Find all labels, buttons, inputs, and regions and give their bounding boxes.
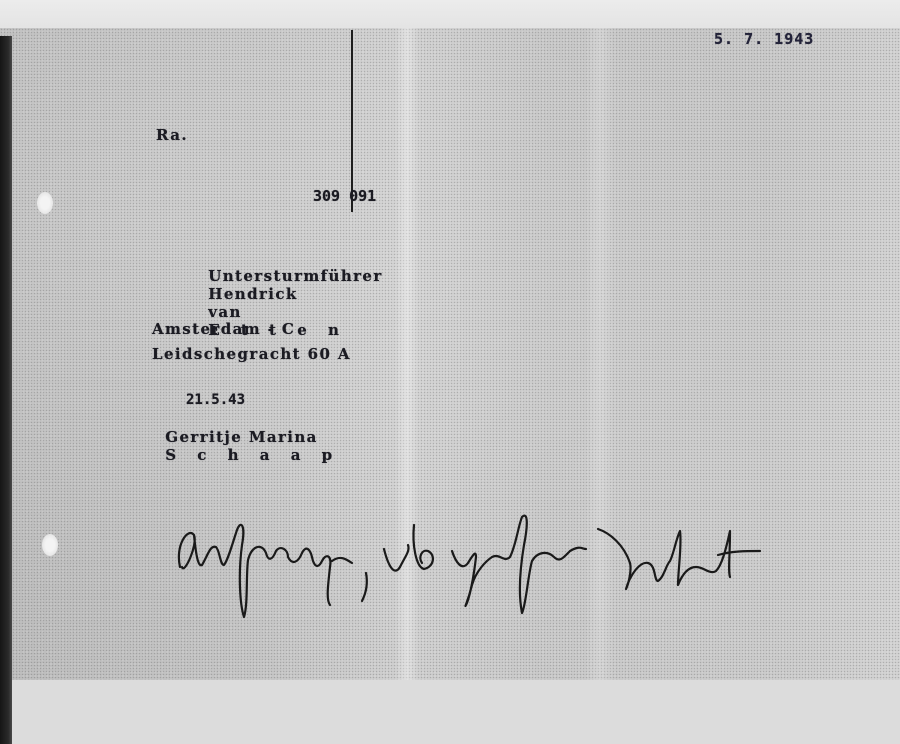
related-person-name: Gerritje Marina S c h a a p (152, 410, 340, 464)
address-city: Amsterdam - C (152, 320, 295, 338)
address-street: Leidschegracht 60 A (152, 345, 351, 363)
subject-first-name: Hendrick (208, 285, 297, 303)
related-person-date: 21.5.43 (186, 392, 245, 408)
vertical-ruled-line (351, 30, 353, 212)
file-number: 309 091 (313, 187, 376, 205)
punch-hole-icon (42, 534, 58, 556)
related-person-surname: S c h a a p (165, 446, 340, 464)
reference-label: Ra. (156, 126, 188, 144)
subject-surname-prefix: van (208, 303, 242, 321)
handwritten-note: Anfragen, ob geschieden ist (170, 505, 770, 625)
handwriting-strokes (170, 505, 770, 625)
subject-rank: Untersturmführer (208, 267, 382, 285)
punch-hole-icon (37, 192, 53, 214)
scan-bottom-margin (12, 680, 900, 744)
scan-left-edge (0, 36, 12, 744)
document-date: 5. 7. 1943 (714, 30, 814, 48)
related-person-given-names: Gerritje Marina (165, 428, 318, 446)
